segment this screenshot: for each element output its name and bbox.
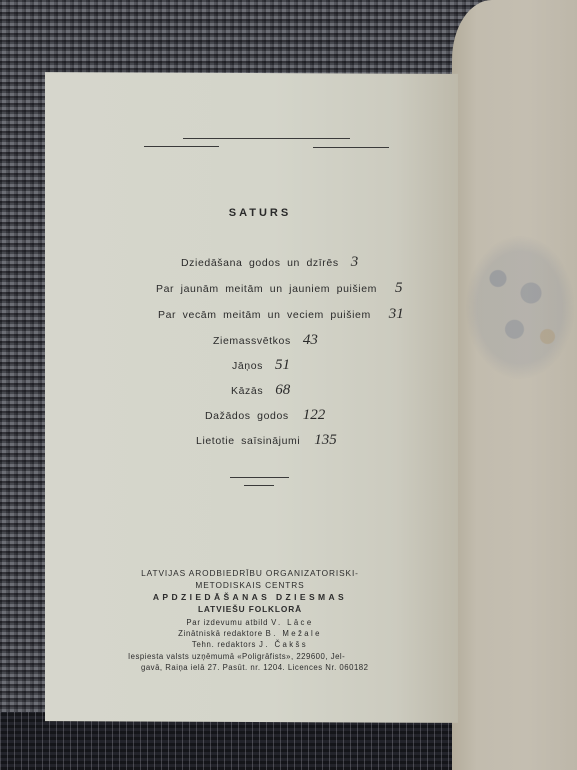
scientific-editor-label: Zinātniskā redaktore <box>178 629 263 638</box>
responsible-label: Par izdevumu atbild <box>186 618 268 627</box>
toc-title: Ziemassvētkos <box>213 335 291 347</box>
toc-page-number: 51 <box>275 357 290 373</box>
top-rule-right <box>313 147 389 148</box>
facing-page <box>452 0 577 770</box>
toc-entry: Dziedāšana godos un dzīrēs3 <box>181 254 358 271</box>
ink-stain <box>465 235 575 380</box>
printing-line-1: Iespiesta valsts uzņēmumā «Poligrāfists»… <box>128 652 428 661</box>
publisher-line-1: LATVIJAS ARODBIEDRĪBU ORGANIZATORISKI- <box>100 568 400 578</box>
contents-heading: SATURS <box>0 207 520 219</box>
toc-entry: Dažādos godos122 <box>205 407 325 424</box>
top-rule-upper <box>183 138 350 139</box>
book-title: APDZIEDĀŠANAS DZIESMAS <box>100 592 400 602</box>
toc-title: Par jaunām meitām un jauniem puišiem <box>156 283 377 295</box>
bottom-rule-long <box>230 477 289 478</box>
toc-title: Lietotie saīsinājumi <box>196 435 300 447</box>
toc-page-number: 122 <box>303 407 326 423</box>
toc-entry: Jāņos51 <box>232 357 290 374</box>
toc-entry: Par jaunām meitām un jauniem puišiem5 <box>156 280 403 297</box>
book-subtitle: LATVIEŠU FOLKLORĀ <box>100 604 400 614</box>
printing-line-2: gavā, Raiņa ielā 27. Pasūt. nr. 1204. Li… <box>141 663 441 672</box>
toc-title: Dziedāšana godos un dzīrēs <box>181 257 339 269</box>
toc-entry: Ziemassvētkos43 <box>213 332 318 349</box>
toc-title: Dažādos godos <box>205 410 289 422</box>
scientific-editor-line: Zinātniskā redaktore B. Mežale <box>100 629 400 638</box>
bottom-rule-short <box>244 485 274 486</box>
toc-title: Jāņos <box>232 360 263 372</box>
toc-page-number: 43 <box>303 332 318 348</box>
toc-entry: Kāzās68 <box>231 382 290 399</box>
toc-page-number: 5 <box>395 280 403 296</box>
toc-page-number: 31 <box>389 306 404 322</box>
publisher-line-2: METODISKAIS CENTRS <box>100 580 400 590</box>
tech-editor-name: J. Čakšs <box>259 640 308 649</box>
top-rule-left <box>144 146 219 147</box>
responsible-name: V. Lāce <box>271 618 314 627</box>
tech-editor-label: Tehn. redaktors <box>192 640 256 649</box>
toc-page-number: 3 <box>351 254 359 270</box>
toc-title: Kāzās <box>231 385 263 397</box>
toc-page-number: 68 <box>275 382 290 398</box>
toc-entry: Lietotie saīsinājumi135 <box>196 432 337 449</box>
responsible-line: Par izdevumu atbild V. Lāce <box>100 618 400 627</box>
scientific-editor-name: B. Mežale <box>266 629 322 638</box>
tech-editor-line: Tehn. redaktors J. Čakšs <box>100 640 400 649</box>
toc-title: Par vecām meitām un veciem puišiem <box>158 309 371 321</box>
toc-entry: Par vecām meitām un veciem puišiem31 <box>158 306 404 323</box>
toc-page-number: 135 <box>314 432 337 448</box>
